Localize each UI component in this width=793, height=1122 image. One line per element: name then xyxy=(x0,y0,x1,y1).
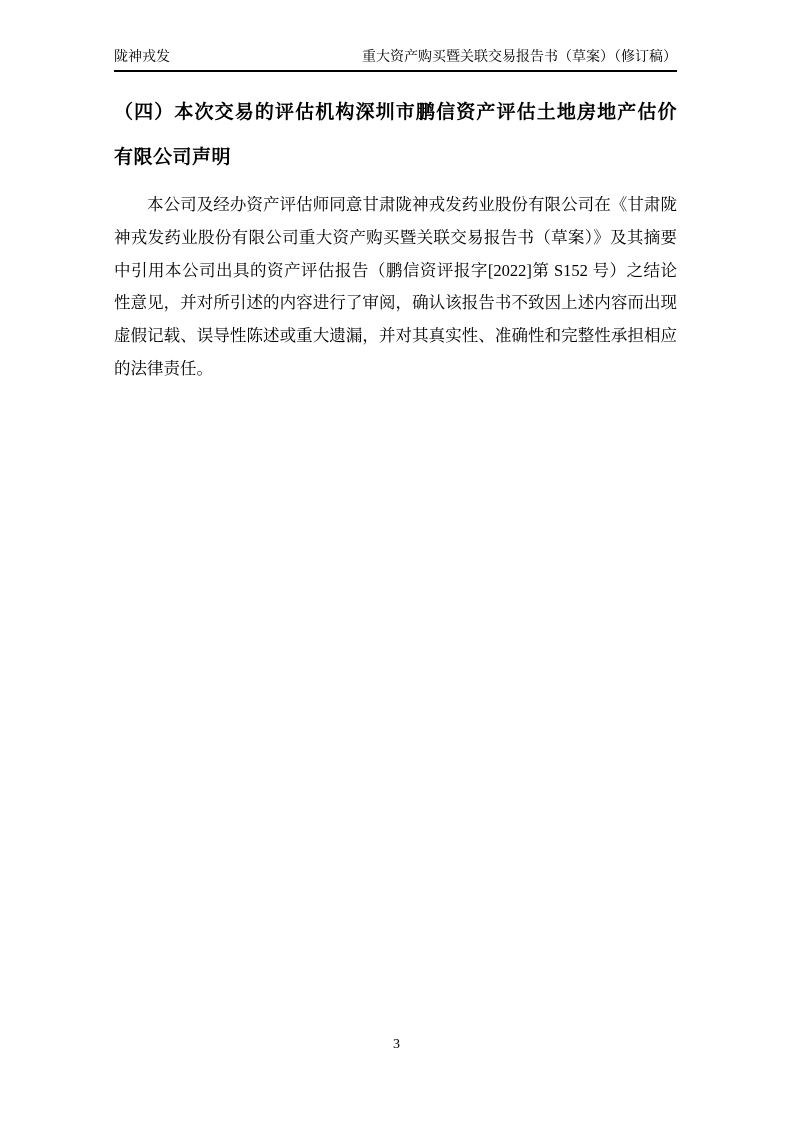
body-paragraph: 本公司及经办资产评估师同意甘肃陇神戎发药业股份有限公司在《甘肃陇神戎发药业股份有… xyxy=(114,189,677,386)
page-number: 3 xyxy=(393,1037,400,1052)
header-company: 陇神戎发 xyxy=(114,50,170,66)
page-footer: 3 xyxy=(0,1037,793,1053)
page-header: 陇神戎发 重大资产购买暨关联交易报告书（草案）（修订稿） xyxy=(114,50,677,72)
header-doc-title: 重大资产购买暨关联交易报告书（草案）（修订稿） xyxy=(362,50,677,66)
document-page: 陇神戎发 重大资产购买暨关联交易报告书（草案）（修订稿） （四）本次交易的评估机… xyxy=(0,0,793,1122)
section-heading: （四）本次交易的评估机构深圳市鹏信资产评估土地房地产估价有限公司声明 xyxy=(114,90,677,180)
